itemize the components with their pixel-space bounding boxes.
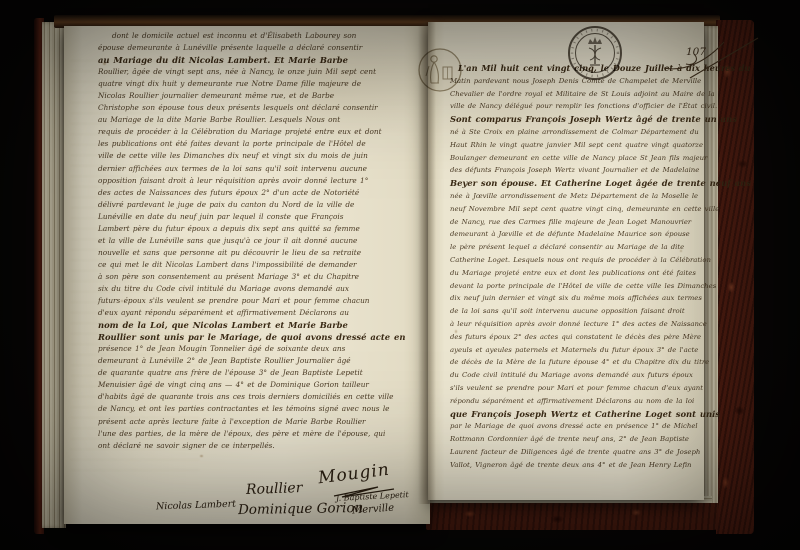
crown-seal-stamp-icon <box>566 24 624 82</box>
manuscript-line: six du titre du Code civil intitulé du M… <box>98 283 422 295</box>
manuscript-line: Lambert père du futur époux a depuis dix… <box>98 223 422 235</box>
manuscript-line: Menuisier âgé de vingt cinq ans — 4° et … <box>98 379 422 391</box>
manuscript-line: que François Joseph Wertz et Catherine L… <box>450 408 702 421</box>
manuscript-text-left: dont le domicile actuel est inconnu et d… <box>98 30 422 452</box>
manuscript-line: nouvelle et sans que personne ait pu déc… <box>98 247 422 259</box>
manuscript-line: quatre vingt dix huit y demeurante rue N… <box>98 78 422 90</box>
manuscript-line: répondu séparément et affirmativement Dé… <box>450 395 702 408</box>
manuscript-line: Roullier sont unis par le Mariage, de qu… <box>98 331 422 343</box>
manuscript-line: au Mariage de la dite Marie Barbe Roulli… <box>98 114 422 126</box>
manuscript-line: Vallot, Vigneron âgé de trente deux ans … <box>450 459 702 472</box>
manuscript-line: et la ville de Lunéville sans que jusqu'… <box>98 235 422 247</box>
manuscript-line: s'ils veulent se prendre pour Mari et po… <box>450 382 702 395</box>
manuscript-line: ville de Nancy délégué pour remplir les … <box>450 100 702 113</box>
manuscript-line: Beyer son épouse. Et Catherine Loget âgé… <box>450 177 702 190</box>
manuscript-line: demeurant à Lunéville 2° de Jean Baptist… <box>98 355 422 367</box>
foxing-spot <box>200 455 203 457</box>
manuscript-line: de la loi sans qu'il soit intervenu aucu… <box>450 305 702 318</box>
manuscript-line: née à Jœville arrondissement de Metz Dép… <box>450 190 702 203</box>
manuscript-line: des défunts François Joseph Wertz vivant… <box>450 164 702 177</box>
manuscript-line: délivré pardevant le juge de paix du can… <box>98 199 422 211</box>
manuscript-line: ce qui met le dit Nicolas Lambert dans l… <box>98 259 422 271</box>
manuscript-line: les publications ont été faites devant l… <box>98 138 422 150</box>
signature-dominique-gorion: Dominique Gorion <box>238 500 363 518</box>
manuscript-line: l'une des parties, de la mère de l'époux… <box>98 428 422 440</box>
manuscript-line: d'habits âgé de quarante trois ans ces t… <box>98 391 422 403</box>
page-stack-right-edge <box>702 26 718 518</box>
manuscript-line: le père présent lequel a déclaré consent… <box>450 241 702 254</box>
book-cover-bottom-edge <box>426 503 718 530</box>
register-photograph: dont le domicile actuel est inconnu et d… <box>0 0 800 550</box>
manuscript-line: présent acte après lecture faite à l'exc… <box>98 416 422 428</box>
manuscript-line: du Code civil intitulé du Mariage avons … <box>450 369 702 382</box>
manuscript-line: d'eux ayant répondu séparément et affirm… <box>98 307 422 319</box>
manuscript-line: de quarante quatre ans frère de l'épouse… <box>98 367 422 379</box>
book-cover-right <box>716 20 754 534</box>
manuscript-line: épouse demeurante à Lunéville présente l… <box>98 42 422 54</box>
manuscript-line: dernier affichées aux termes de la loi s… <box>98 163 422 175</box>
page-stack-left-edge <box>42 22 66 528</box>
manuscript-line: des actes de Naissances des futurs époux… <box>98 187 422 199</box>
manuscript-line: Christophe son épouse tous deux présents… <box>98 102 422 114</box>
manuscript-line: Haut Rhin le vingt quatre janvier Mil se… <box>450 139 702 152</box>
manuscript-line: opposition faisant droit à leur réquisit… <box>98 175 422 187</box>
manuscript-line: à son père son consentement au présent M… <box>98 271 422 283</box>
pen-flourish <box>660 36 760 84</box>
manuscript-line: Lunéville en date du neuf juin par leque… <box>98 211 422 223</box>
manuscript-line: Laurent facteur de Diligences âgé de tre… <box>450 446 702 459</box>
embossed-figure-stamp-icon <box>416 46 464 94</box>
manuscript-line: au Mariage du dit Nicolas Lambert. Et Ma… <box>98 54 422 66</box>
manuscript-line: des futurs époux 2° des actes qui consta… <box>450 331 702 344</box>
manuscript-line: à leur réquisition après avoir donné lec… <box>450 318 702 331</box>
manuscript-line: demeurant à Jœville et de défunte Madela… <box>450 228 702 241</box>
manuscript-line: requis de procéder à la Célébration du M… <box>98 126 422 138</box>
manuscript-line: devant la porte principale de l'Hôtel de… <box>450 280 702 293</box>
manuscript-line: né à Ste Croix en plaine arrondissement … <box>450 126 702 139</box>
manuscript-line: de Nancy, et ont les parties contractant… <box>98 403 422 415</box>
manuscript-line: Roullier, âgée de vingt sept ans, née à … <box>98 66 422 78</box>
manuscript-line: ont déclaré ne savoir signer de ce inter… <box>98 440 422 452</box>
manuscript-line: de décès de la Mère de la future épouse … <box>450 356 702 369</box>
manuscript-line: présence 1° de Jean Mougin Tonnelier âgé… <box>98 343 422 355</box>
manuscript-line: Chevalier de l'ordre royal et Militaire … <box>450 88 702 101</box>
manuscript-line: futurs époux s'ils veulent se prendre po… <box>98 295 422 307</box>
manuscript-line: Sont comparus François Joseph Wertz âgé … <box>450 113 702 126</box>
manuscript-line: Rottmann Cordonnier âgé de trente neuf a… <box>450 433 702 446</box>
manuscript-line: du Mariage projeté entre eux et dont les… <box>450 267 702 280</box>
manuscript-line: ayeuls et ayeules paternels et Maternels… <box>450 344 702 357</box>
manuscript-line: nom de la Loi, que Nicolas Lambert et Ma… <box>98 319 422 331</box>
manuscript-text-right: L'an Mil huit cent vingt cinq, le Douze … <box>450 62 702 472</box>
manuscript-line: Boulanger demeurant en cette ville de Na… <box>450 152 702 165</box>
manuscript-line: Nicolas Roullier journalier demeurant mê… <box>98 90 422 102</box>
manuscript-line: par le Mariage de quoi avons dressé acte… <box>450 420 702 433</box>
manuscript-line: dont le domicile actuel est inconnu et d… <box>98 30 422 42</box>
manuscript-line: neuf Novembre Mil sept cent quatre vingt… <box>450 203 702 216</box>
manuscript-line: ville de cette ville les Dimanches dix n… <box>98 150 422 162</box>
manuscript-line: Catherine Loget. Lesquels nous ont requi… <box>450 254 702 267</box>
signature-roullier: Roullier <box>246 480 303 498</box>
manuscript-line: de Nancy, rue des Carmes fille majeure d… <box>450 216 702 229</box>
manuscript-line: dix neuf juin dernier et vingt six du mê… <box>450 292 702 305</box>
